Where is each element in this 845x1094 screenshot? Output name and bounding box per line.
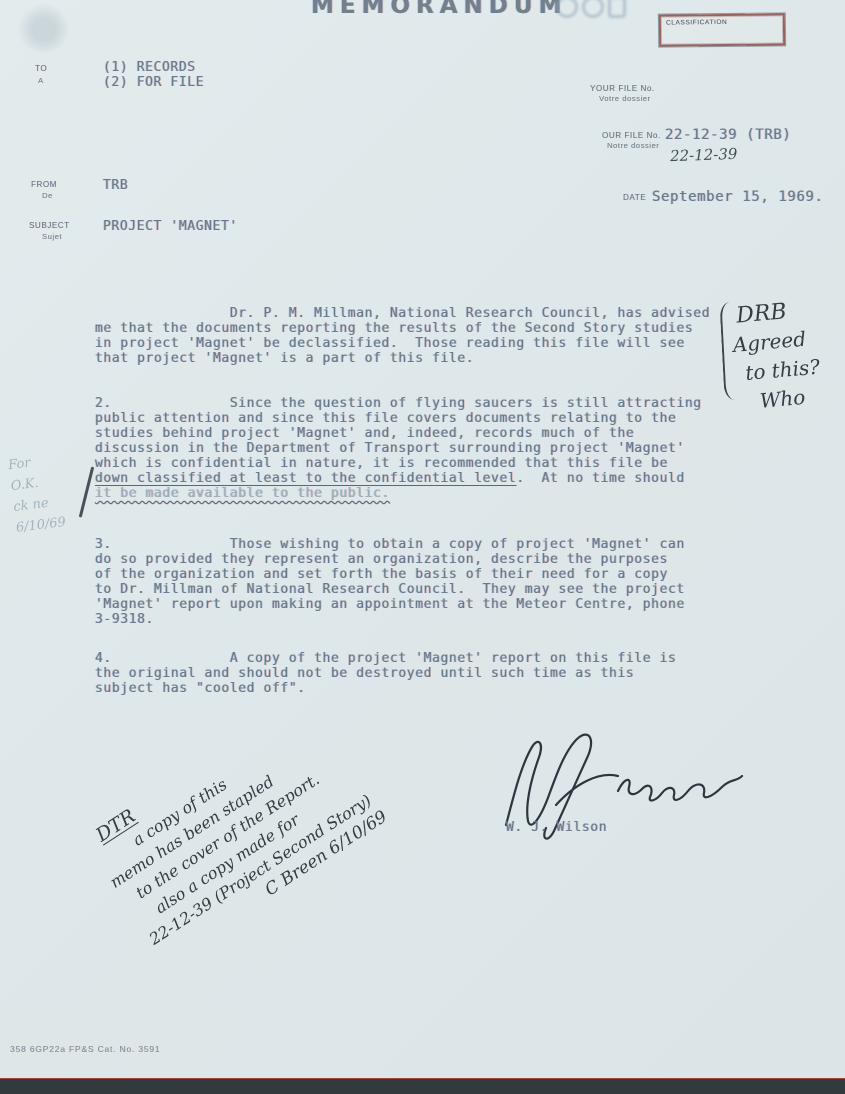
subject-label: SUBJECT bbox=[29, 221, 70, 230]
to-value-1: (1) RECORDS bbox=[103, 60, 196, 75]
margin-note-right: DRB Agreed to this? Who bbox=[735, 295, 824, 417]
pencil-note-line: 6/10/69 bbox=[15, 512, 67, 539]
your-file-label: YOUR FILE No. bbox=[590, 84, 655, 93]
margin-note-right-line: Who bbox=[759, 381, 824, 415]
illegible-corner-stamp bbox=[18, 2, 70, 52]
paragraph-4: 4. A copy of the project 'Magnet' report… bbox=[95, 651, 676, 696]
date-label: DATE bbox=[623, 193, 646, 202]
margin-note-left-pencil: For O.K. ck ne 6/10/69 bbox=[7, 449, 67, 538]
paragraph-2-text: 2. Since the question of flying saucers … bbox=[95, 396, 702, 471]
illegible-stamp bbox=[556, 0, 666, 20]
memo-page: MEMORANDUM CLASSIFICATION TO A (1) RECOR… bbox=[0, 0, 845, 1094]
subject-label-fr: Sujet bbox=[42, 232, 62, 241]
scan-edge bbox=[0, 1078, 845, 1094]
subject-value: PROJECT 'MAGNET' bbox=[103, 219, 238, 234]
classification-stamp: CLASSIFICATION bbox=[659, 13, 785, 46]
paragraph-2-text-b: . At no time should bbox=[516, 471, 685, 486]
our-file-value: 22-12-39 (TRB) bbox=[665, 127, 791, 143]
signature-typed-name: W. J. Wilson bbox=[506, 820, 607, 835]
paragraph-2: 2. Since the question of flying saucers … bbox=[95, 396, 702, 501]
to-label-fr: A bbox=[38, 76, 44, 85]
from-value: TRB bbox=[103, 178, 128, 193]
to-value-2: (2) FOR FILE bbox=[103, 75, 204, 90]
your-file-label-fr: Votre dossier bbox=[599, 94, 651, 103]
paragraph-3: 3. Those wishing to obtain a copy of pro… bbox=[95, 537, 685, 627]
to-label: TO bbox=[35, 64, 47, 73]
memo-title: MEMORANDUM bbox=[311, 0, 567, 19]
our-file-label: OUR FILE No. bbox=[602, 131, 661, 140]
paragraph-1: Dr. P. M. Millman, National Research Cou… bbox=[95, 306, 710, 366]
from-label-fr: De bbox=[42, 191, 53, 200]
margin-check-mark bbox=[79, 466, 94, 517]
paragraph-2-underlined: down classified at least to the confiden… bbox=[95, 471, 516, 486]
our-file-label-fr: Notre dossier bbox=[607, 141, 659, 150]
form-number: 358 6GP22a FP&S Cat. No. 3591 bbox=[10, 1044, 160, 1054]
diagonal-note: DTR a copy of this memo has been stapled… bbox=[92, 690, 392, 963]
from-label: FROM bbox=[31, 180, 57, 189]
classification-label: CLASSIFICATION bbox=[666, 18, 783, 26]
paragraph-2-faded-underlined: it be made available to the public. bbox=[95, 486, 390, 501]
our-file-handwritten: 22-12-39 bbox=[670, 145, 738, 165]
date-value: September 15, 1969. bbox=[652, 189, 824, 205]
